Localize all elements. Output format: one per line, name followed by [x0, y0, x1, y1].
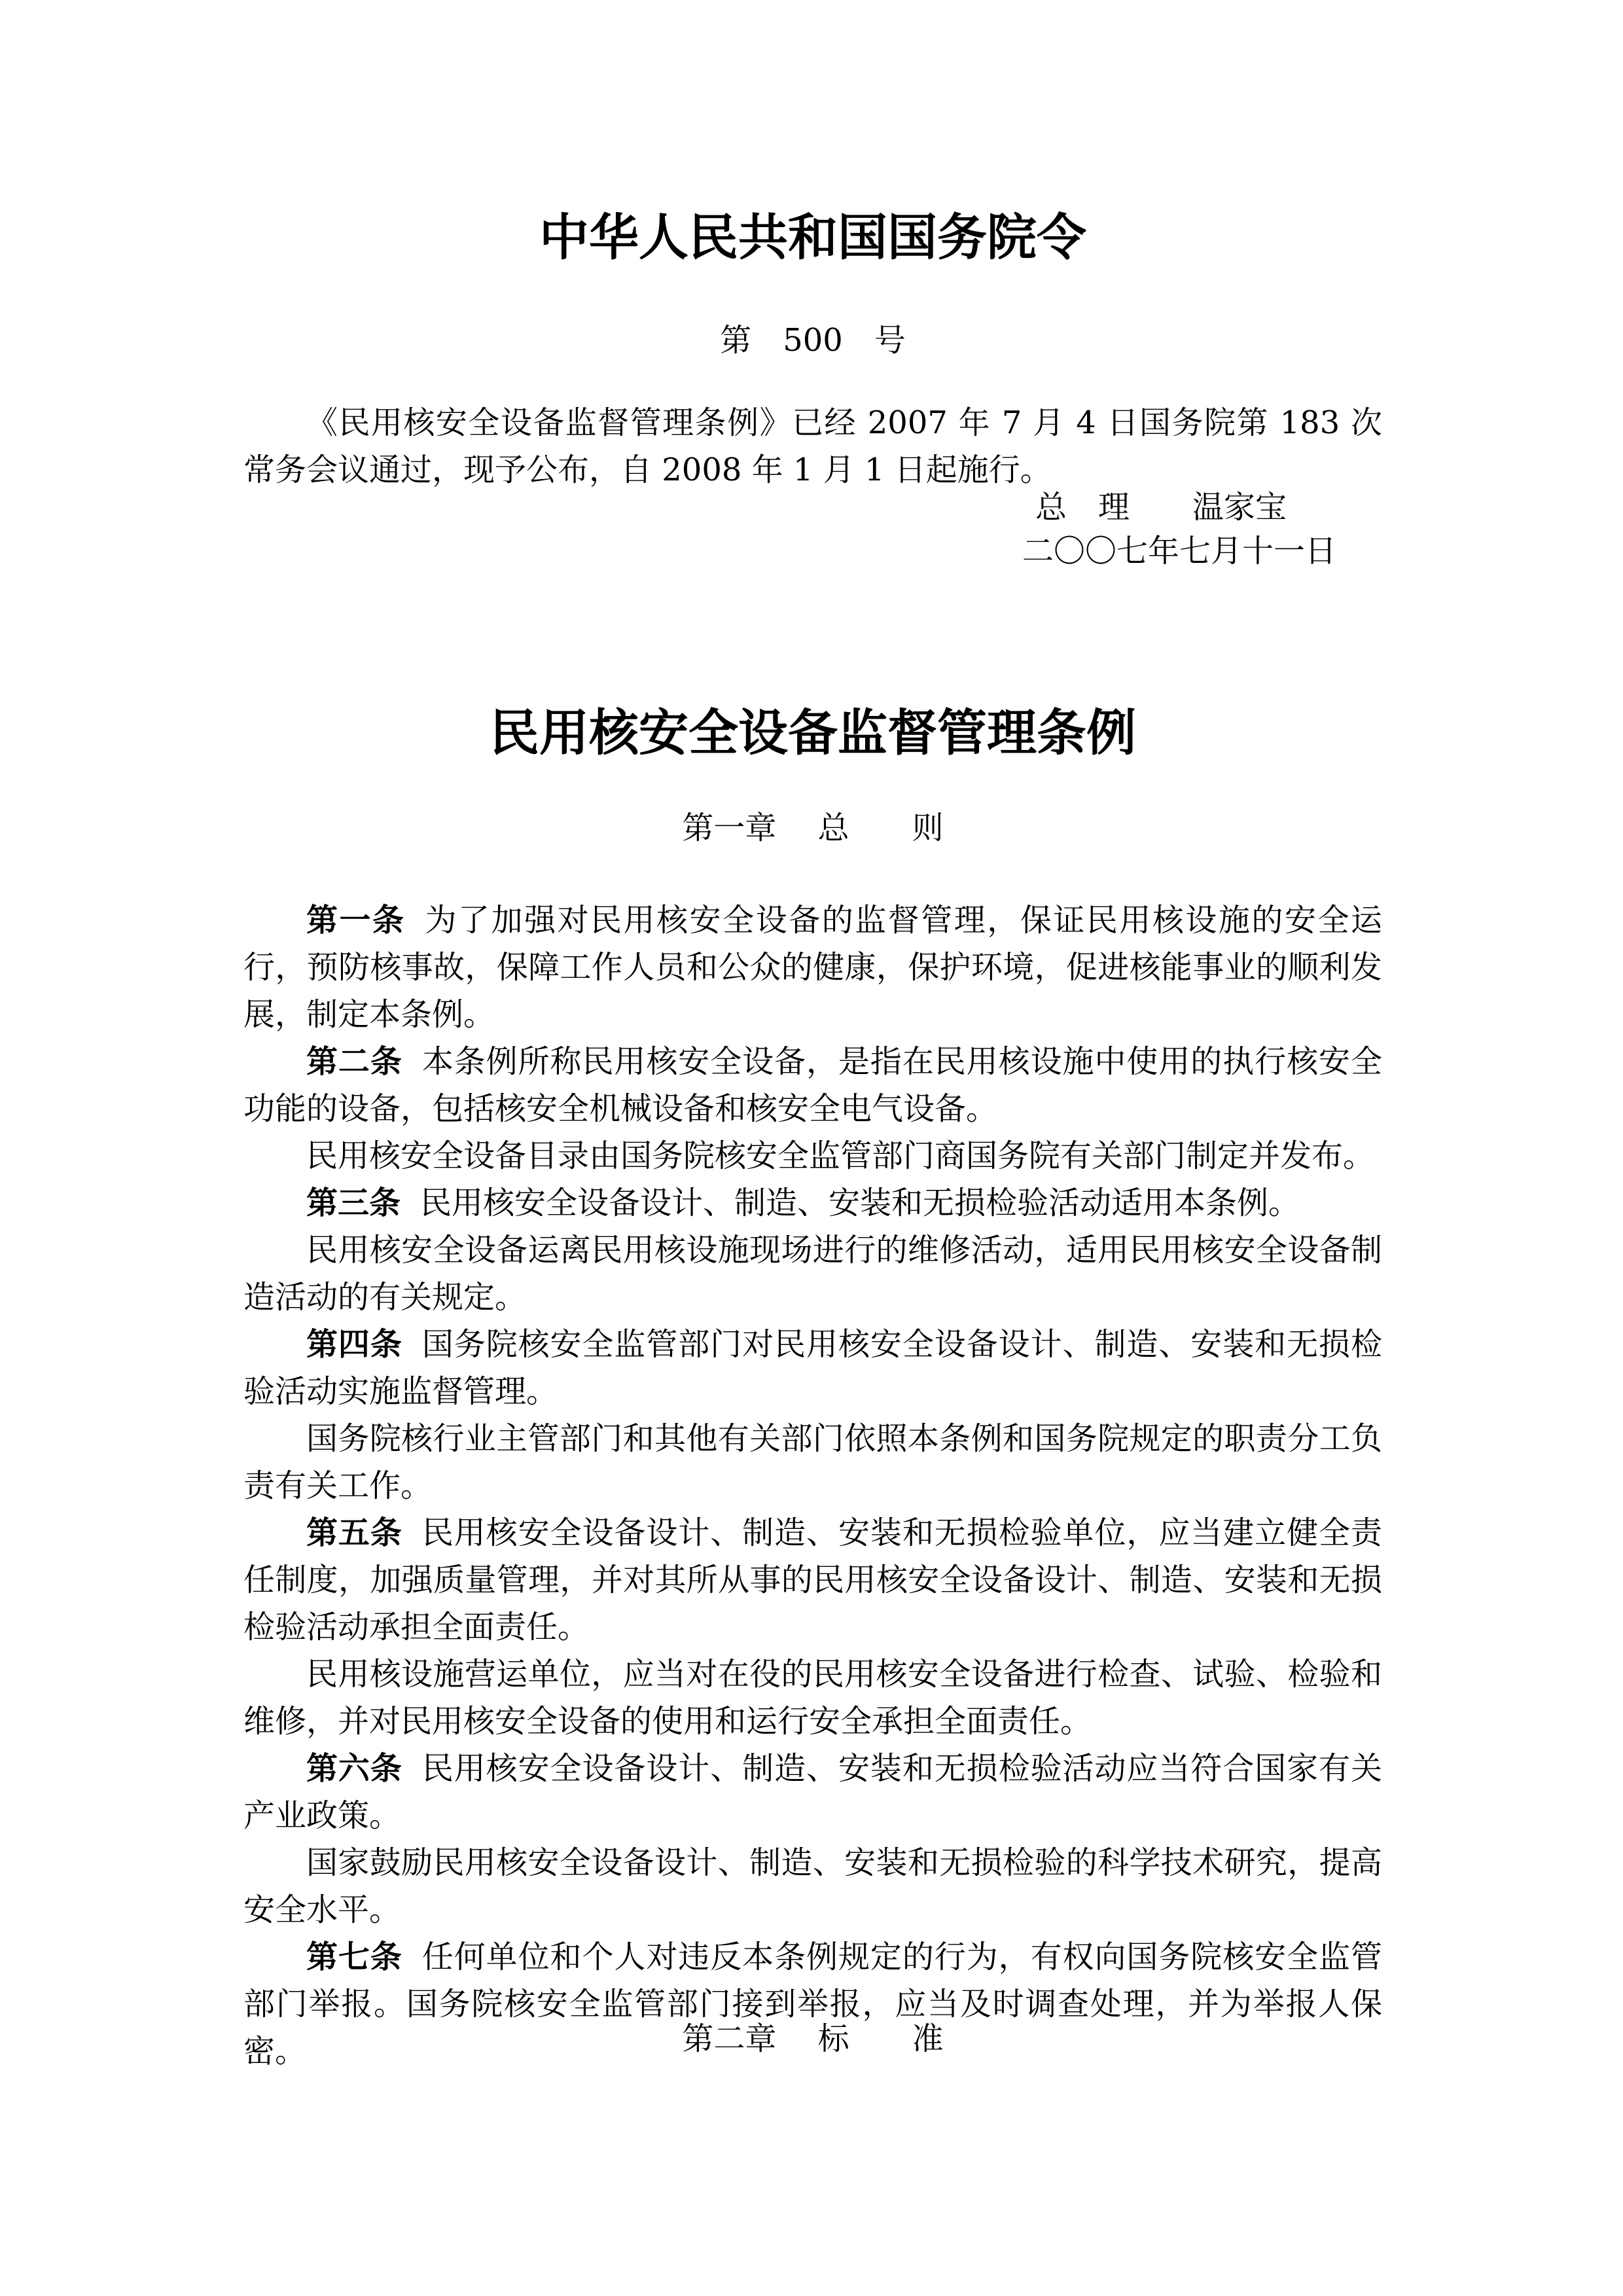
order-number-value: 500 [783, 321, 843, 360]
article-label: 第六条 [306, 1750, 402, 1787]
order-title: 中华人民共和国国务院令 [243, 208, 1382, 267]
article-label: 第七条 [306, 1939, 402, 1975]
chapter-1-body: 第一条为了加强对民用核安全设备的监督管理，保证民用核设施的安全运行，预防核事故，… [243, 897, 1382, 2075]
article-text: 为了加强对民用核安全设备的监督管理，保证民用核设施的安全运行，预防核事故，保障工… [243, 902, 1382, 1033]
article-text: 国家鼓励民用核安全设备设计、制造、安装和无损检验的科学技术研究，提高安全水平。 [243, 1844, 1382, 1928]
article-text: 国务院核行业主管部门和其他有关部门依照本条例和国务院规定的职责分工负责有关工作。 [243, 1420, 1382, 1504]
article-paragraph: 国家鼓励民用核安全设备设计、制造、安装和无损检验的科学技术研究，提高安全水平。 [243, 1839, 1382, 1933]
article-label: 第一条 [306, 902, 406, 939]
article-label: 第四条 [306, 1326, 402, 1363]
article-text: 民用核安全设备设计、制造、安装和无损检验单位，应当建立健全责任制度，加强质量管理… [243, 1515, 1382, 1645]
article-text: 国务院核安全监管部门对民用核安全设备设计、制造、安装和无损检验活动实施监督管理。 [243, 1326, 1382, 1410]
article-paragraph: 第六条民用核安全设备设计、制造、安装和无损检验活动应当符合国家有关产业政策。 [243, 1745, 1382, 1839]
regulation-title: 民用核安全设备监督管理条例 [243, 704, 1382, 762]
signatory-title: 总 理 [1035, 489, 1130, 526]
order-number-prefix: 第 [720, 321, 751, 360]
chapter-heading: 第二章 标 准 [243, 2019, 1382, 2058]
article-paragraph: 民用核设施营运单位，应当对在役的民用核安全设备进行检查、试验、检验和维修，并对民… [243, 1651, 1382, 1745]
article-text: 民用核安全设备目录由国务院核安全监管部门商国务院有关部门制定并发布。 [306, 1138, 1374, 1174]
article-text: 民用核安全设备运离民用核设施现场进行的维修活动，适用民用核安全设备制造活动的有关… [243, 1232, 1382, 1316]
promulgation-text: 《民用核安全设备监督管理条例》已经 2007 年 7 月 4 日国务院第 183… [243, 399, 1382, 493]
article-text: 民用核安全设备设计、制造、安装和无损检验活动应当符合国家有关产业政策。 [243, 1750, 1382, 1834]
article-paragraph: 民用核安全设备运离民用核设施现场进行的维修活动，适用民用核安全设备制造活动的有关… [243, 1227, 1382, 1321]
signing-date: 二〇〇七年七月十一日 [1022, 531, 1336, 571]
article-paragraph: 第四条国务院核安全监管部门对民用核安全设备设计、制造、安装和无损检验活动实施监督… [243, 1321, 1382, 1415]
promulgation-block: 《民用核安全设备监督管理条例》已经 2007 年 7 月 4 日国务院第 183… [243, 399, 1382, 493]
article-paragraph: 第五条民用核安全设备设计、制造、安装和无损检验单位，应当建立健全责任制度，加强质… [243, 1509, 1382, 1651]
article-text: 本条例所称民用核安全设备，是指在民用核设施中使用的执行核安全功能的设备，包括核安… [243, 1043, 1382, 1127]
article-label: 第五条 [306, 1515, 402, 1551]
signature: 总 理 温家宝 [1035, 488, 1287, 527]
signatory-name: 温家宝 [1192, 489, 1287, 526]
chapter-heading: 第一章 总 则 [243, 808, 1382, 848]
article-text: 民用核安全设备设计、制造、安装和无损检验活动适用本条例。 [420, 1185, 1300, 1221]
article-text: 民用核设施营运单位，应当对在役的民用核安全设备进行检查、试验、检验和维修，并对民… [243, 1656, 1382, 1740]
article-paragraph: 第二条本条例所称民用核安全设备，是指在民用核设施中使用的执行核安全功能的设备，包… [243, 1038, 1382, 1132]
article-paragraph: 第三条民用核安全设备设计、制造、安装和无损检验活动适用本条例。 [243, 1179, 1382, 1227]
article-label: 第三条 [306, 1185, 401, 1221]
article-paragraph: 民用核安全设备目录由国务院核安全监管部门商国务院有关部门制定并发布。 [243, 1132, 1382, 1179]
order-number-suffix: 号 [874, 321, 906, 360]
order-number: 第500号 [243, 321, 1382, 360]
article-paragraph: 国务院核行业主管部门和其他有关部门依照本条例和国务院规定的职责分工负责有关工作。 [243, 1415, 1382, 1509]
article-paragraph: 第一条为了加强对民用核安全设备的监督管理，保证民用核设施的安全运行，预防核事故，… [243, 897, 1382, 1038]
article-label: 第二条 [306, 1043, 402, 1080]
